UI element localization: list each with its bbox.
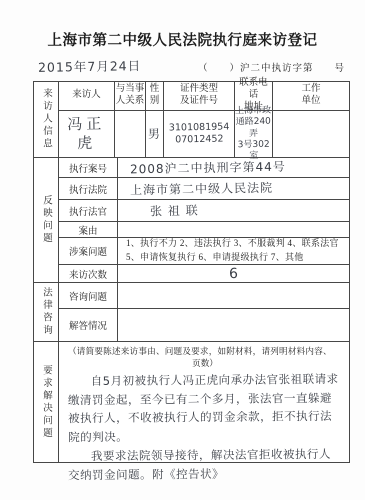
request-instructions-line2: 页数） [68,357,342,369]
exec-judge-value: 张 祖 联 [118,200,349,221]
gender-value: 男 [146,111,164,157]
consult-section: 法律咨询 咨询问题 解答情况 [34,283,349,342]
contact-address-value: 上海市政 通路240弄 3号302室 [235,111,273,157]
table-row: 执行案号 2008沪二中执刑字第44号 [59,158,349,178]
row-label-consult-question: 咨询问题 [59,283,118,308]
registration-table: 来访人信息 来访人 与当事 人关系 性 别 证件类型 及证件号 联系电话 地址 … [33,81,350,463]
consult-question-value [118,283,349,308]
col-header-relation: 与当事 人关系 [115,82,146,110]
row-label-issues: 涉案问题 [59,238,118,264]
issues-options: 1、执行不力 2、违法执行 3、不服裁判 4、联系法官 5、申请恢复执行 6、申… [118,238,349,264]
row-label-exec-judge: 执行法官 [59,200,118,221]
id-number-value: 3101081954 07012452 [164,111,235,157]
table-row: 来访次数 6 [59,265,349,282]
side-label-request: 要求解决问题 [34,342,59,462]
col-header-gender: 性 别 [146,82,164,110]
doc-number-field: （ ）沪二中执访字第 号 [198,60,345,74]
visitor-header-row: 来访人 与当事 人关系 性 别 证件类型 及证件号 联系电话 地址 工作 单位 [59,82,349,111]
request-instructions-line1: （请简要陈述来访事由、问题及要求，如附材料，请列明材料内容、 [68,345,342,357]
work-unit-value [273,111,349,157]
table-row: 涉案问题 1、执行不力 2、违法执行 3、不服裁判 4、联系法官 5、申请恢复执… [59,238,349,265]
row-label-cause: 案由 [59,222,118,237]
problem-section: 反映问题 执行案号 2008沪二中执刑字第44号 执行法院 上海市第二中级人民法… [34,158,349,283]
row-label-case-number: 执行案号 [59,158,118,177]
request-paragraph-2: 我要求法院领导接待，解决法官拒收被执行人交纳罚金问题。附《控告状》 [68,444,342,484]
side-label-visitor-info: 来访人信息 [34,82,59,157]
visitor-info-section: 来访人信息 来访人 与当事 人关系 性 别 证件类型 及证件号 联系电话 地址 … [34,82,349,158]
table-row: 解答情况 [59,309,349,341]
request-section: 要求解决问题 （请简要陈述来访事由、问题及要求，如附材料，请列明材料内容、 页数… [34,342,349,462]
side-label-problem: 反映问题 [34,158,59,282]
date-line: 2015年7月24日 （ ）沪二中执访字第 号 [38,57,345,75]
table-row: 咨询问题 [59,283,349,309]
table-row: 执行法院 上海市第二中级人民法院 [59,178,349,200]
form-title: 上海市第二中级人民法院执行庭来访登记 [0,29,365,50]
col-header-work-unit: 工作 单位 [273,82,349,110]
row-label-exec-court: 执行法院 [59,178,118,199]
row-label-visit-count: 来访次数 [59,265,118,282]
visit-count-value: 6 [118,265,349,282]
table-row: 案由 [59,222,349,238]
exec-court-value: 上海市第二中级人民法院 [118,178,349,199]
side-label-consult: 法律咨询 [34,283,59,341]
col-header-visitor: 来访人 [59,82,115,110]
answer-value [118,309,349,341]
relation-value [115,111,146,157]
request-paragraph-1: 自5月初被执行人冯正虎向承办法官张祖联请求缴清罚金起，至今已有二个多月，张法官一… [68,370,343,447]
col-header-id-type: 证件类型 及证件号 [164,82,235,110]
table-row: 执行法官 张 祖 联 [59,200,349,222]
visitor-name-value: 冯正虎 [59,111,115,157]
row-label-answer: 解答情况 [59,309,118,341]
cause-value [118,222,349,237]
visitor-value-row: 冯正虎 男 3101081954 07012452 上海市政 通路240弄 3号… [59,111,349,157]
case-number-value: 2008沪二中执刑字第44号 [118,158,349,177]
visit-date-field: 2015年7月24日 [38,56,141,76]
